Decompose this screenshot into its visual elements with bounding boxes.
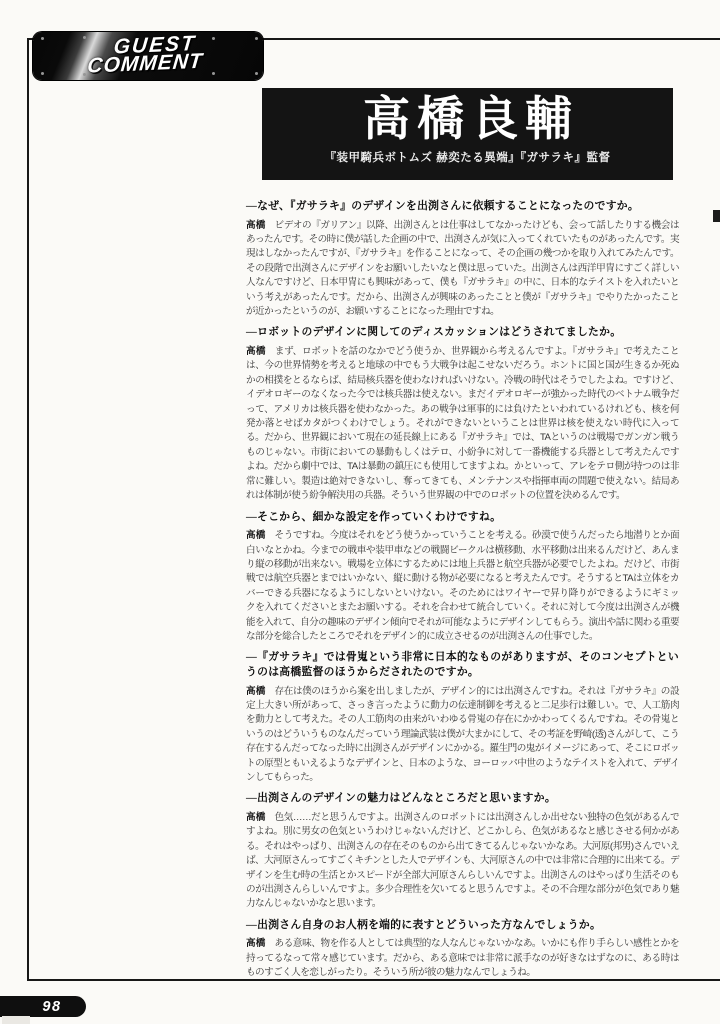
page-number-tab: 98 [0, 996, 86, 1017]
interview-answer: 高橋まず、ロボットを話のなかでどう使うか、世界観から考えるんですよ。『ガサラキ』… [246, 345, 679, 503]
page-number: 98 [42, 999, 61, 1015]
interview-body: ―なぜ、『ガサラキ』のデザインを出渕さんに依頼することになったのですか。 高橋ビ… [246, 199, 679, 981]
speaker-label: 高橋 [246, 686, 266, 697]
interview-question: ―出渕さん自身のお人柄を端的に表すとどういった方なんでしょうか。 [246, 918, 679, 933]
speaker-label: 高橋 [246, 938, 266, 949]
answer-text: 色気……だと思うんですよ。出渕さんのロボットには出渕さんしか出せない独特の色気が… [246, 812, 679, 909]
interview-question: ―そこから、細かな設定を作っていくわけですね。 [246, 510, 679, 525]
scan-artifact [713, 210, 720, 222]
interviewee-title-panel: 高橋良輔 『装甲騎兵ボトムズ 赫奕たる異端』『ガサラキ』監督 [262, 88, 673, 180]
scan-artifact [2, 1016, 30, 1024]
speaker-label: 高橋 [246, 530, 266, 541]
interviewee-credit: 『装甲騎兵ボトムズ 赫奕たる異端』『ガサラキ』監督 [262, 149, 673, 165]
interview-answer: 高橋ビデオの『ガリアン』以降、出渕さんとは仕事はしてなかったけども、会って話した… [246, 219, 679, 320]
answer-text: まず、ロボットを話のなかでどう使うか、世界観から考えるんですよ。『ガサラキ』で考… [246, 346, 679, 501]
screw-rivet-icon [255, 72, 258, 75]
speaker-label: 高橋 [246, 220, 266, 231]
answer-text: そうですね。今度はそれをどう使うかっていうことを考える。砂漠で使うんだったら地潜… [246, 530, 679, 642]
answer-text: 存在は僕のほうから案を出しましたが、デザイン的には出渕さんですね。それは『ガサラ… [246, 686, 679, 783]
interview-question: ―出渕さんのデザインの魅力はどんなところだと思いますか。 [246, 791, 679, 806]
answer-text: ビデオの『ガリアン』以降、出渕さんとは仕事はしてなかったけども、会って話したりす… [246, 220, 679, 317]
speaker-label: 高橋 [246, 812, 266, 823]
interview-answer: 高橋そうですね。今度はそれをどう使うかっていうことを考える。砂漠で使うんだったら… [246, 529, 679, 644]
speaker-label: 高橋 [246, 346, 266, 357]
interview-answer: 高橋存在は僕のほうから案を出しましたが、デザイン的には出渕さんですね。それは『ガ… [246, 685, 679, 786]
badge-text: GUEST COMMENT [31, 30, 265, 79]
interview-answer: 高橋色気……だと思うんですよ。出渕さんのロボットには出渕さんしか出せない独特の色… [246, 811, 679, 912]
guest-comment-badge: GUEST COMMENT [33, 32, 263, 80]
interview-question: ―なぜ、『ガサラキ』のデザインを出渕さんに依頼することになったのですか。 [246, 199, 679, 214]
screw-rivet-icon [212, 72, 215, 75]
interview-question: ―『ガサラキ』では骨嵬という非常に日本的なものがありますが、そのコンセプトという… [246, 650, 679, 679]
interview-answer: 高橋ある意味、物を作る人としては典型的な人なんじゃないかなあ。いかにも作り手らし… [246, 937, 679, 980]
answer-text: ある意味、物を作る人としては典型的な人なんじゃないかなあ。いかにも作り手らしい感… [246, 938, 679, 978]
interview-question: ―ロボットのデザインに関してのディスカッションはどうされてましたか。 [246, 325, 679, 340]
interviewee-name: 高橋良輔 [262, 94, 673, 146]
